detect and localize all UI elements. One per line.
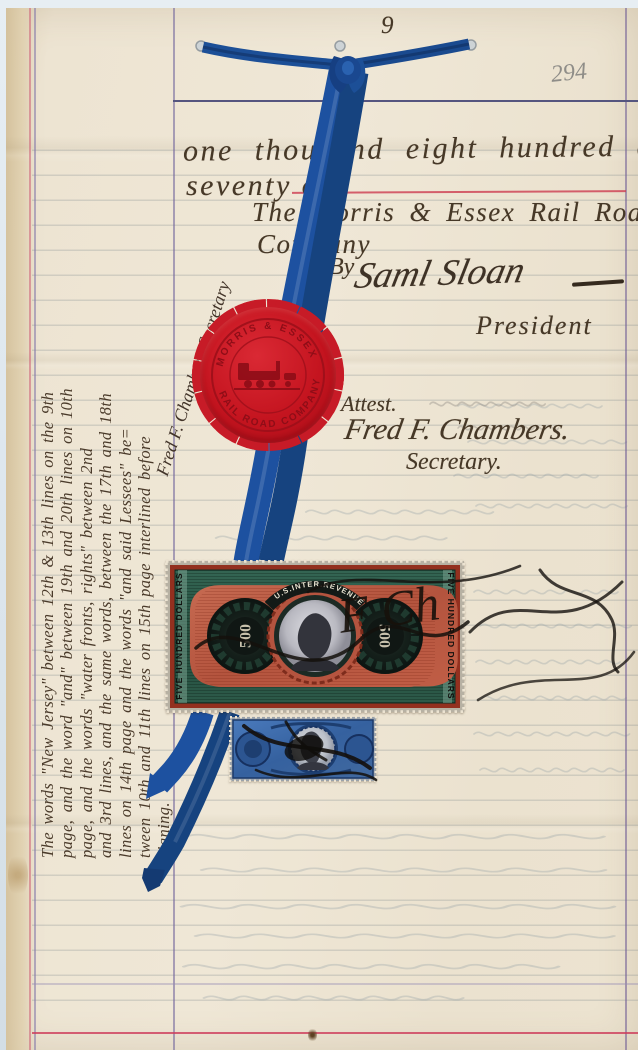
stamp-left-edge-text: FIVE HUNDRED DOLLARS (174, 572, 184, 699)
paper-stain (8, 852, 28, 898)
scanned-document: 9 294 one thousand eight hundred and sev… (0, 0, 638, 1050)
ink-stain (308, 1028, 317, 1042)
numeral-500-left: 500 (238, 624, 255, 648)
blue-ribbon (0, 0, 638, 1050)
corporate-wax-seal: MORRIS & ESSEX RAIL ROAD COMPANY (192, 299, 344, 451)
locomotive-icon (234, 361, 300, 390)
revenue-stamp-blue (229, 716, 377, 782)
stamp-right-edge-text: FIVE HUNDRED DOLLARS (446, 572, 456, 699)
ribbon-tail-frayed (142, 868, 165, 892)
seal-embossing: MORRIS & ESSEX RAIL ROAD COMPANY (192, 299, 344, 451)
